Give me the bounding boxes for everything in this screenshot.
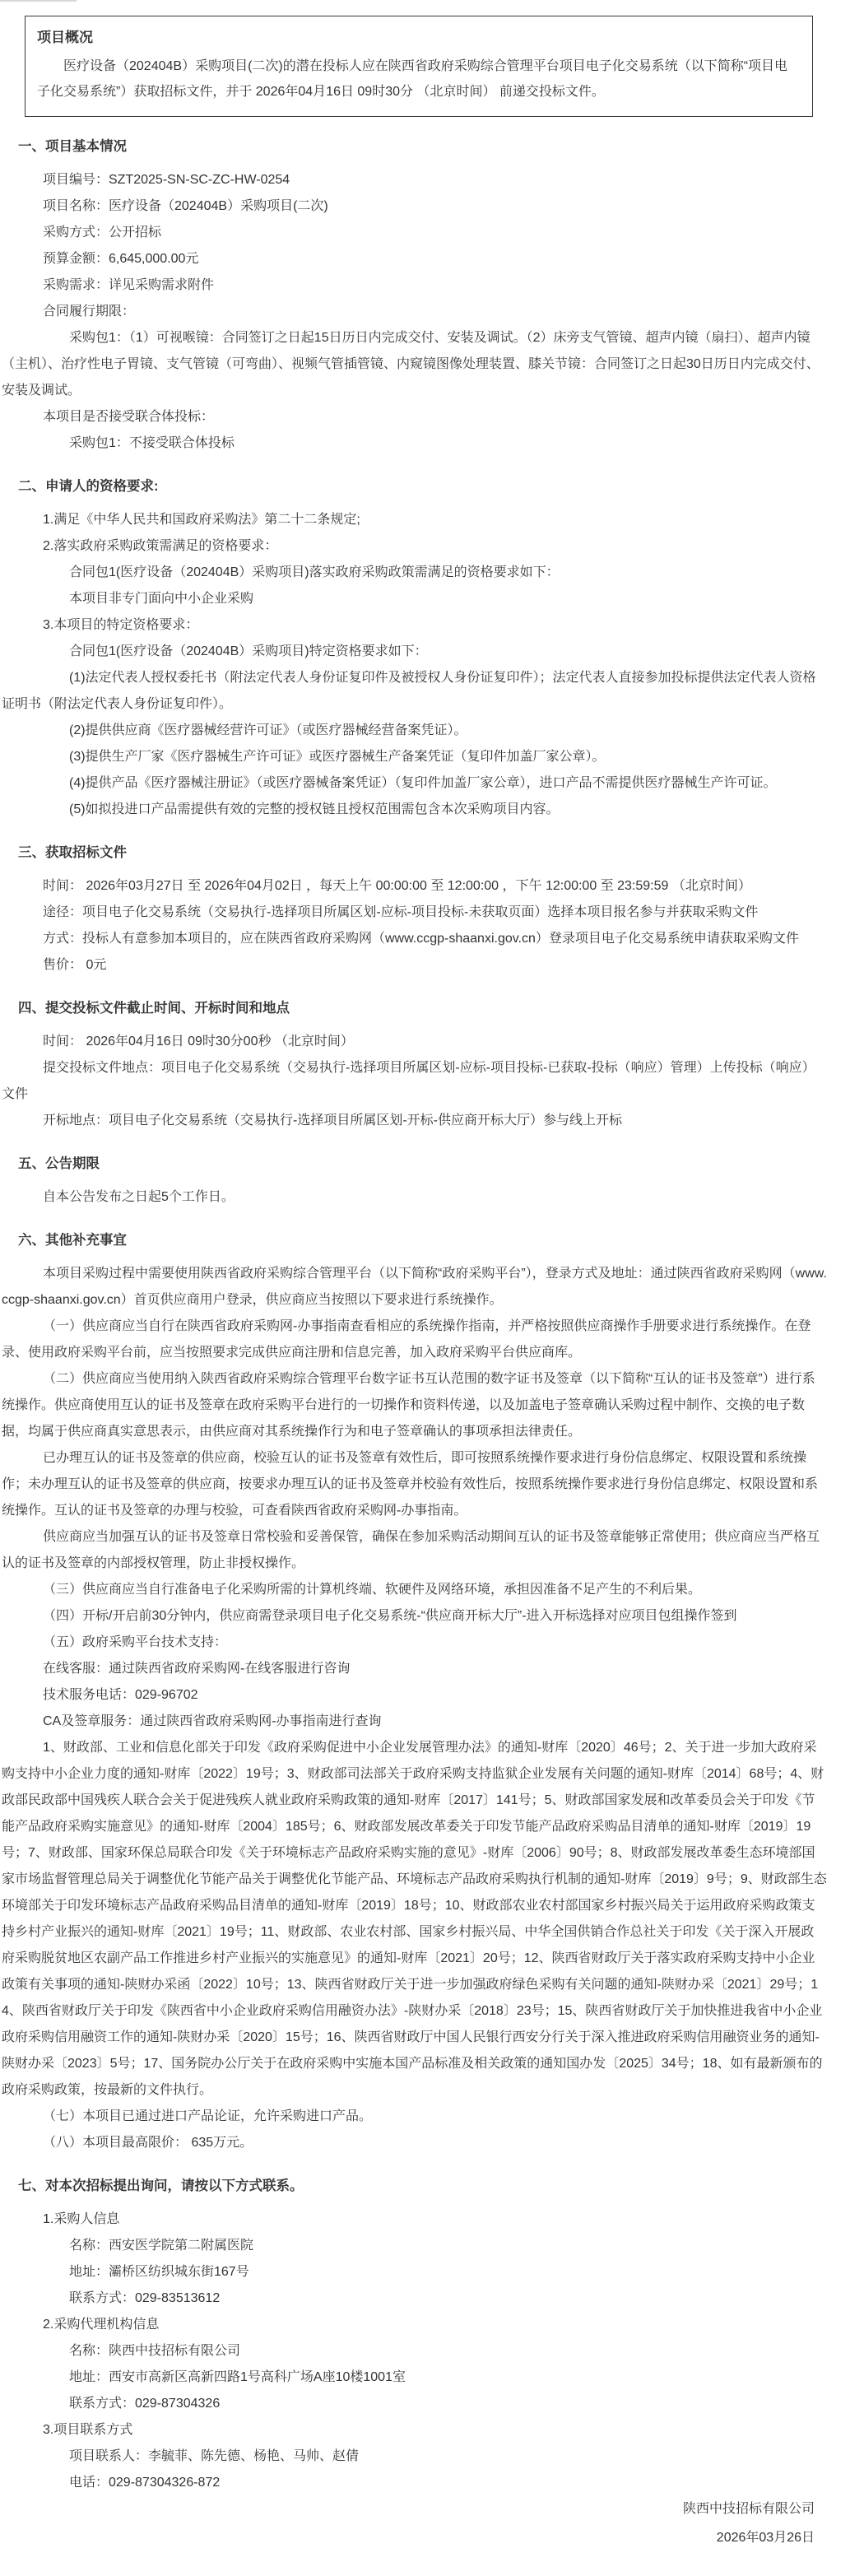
section-heading: 四、提交投标文件截止时间、开标时间和地点 (18, 995, 827, 1021)
doc-paragraph: 2.采购代理机构信息 (2, 2312, 827, 2338)
doc-paragraph: 自本公告发布之日起5个工作日。 (2, 1184, 827, 1211)
doc-paragraph: 项目联系人：李毓菲、陈先德、杨艳、马帅、赵倩 (2, 2443, 827, 2470)
doc-paragraph: 项目编号：SZT2025-SN-SC-ZC-HW-0254 (2, 167, 827, 193)
section-heading: 六、其他补充事宜 (18, 1227, 827, 1253)
doc-paragraph: (1)法定代表人授权委托书（附法定代表人身份证复印件及被授权人身份证复印件）；法… (2, 665, 827, 718)
doc-paragraph: 合同履行期限： (2, 299, 827, 325)
doc-paragraph: CA及签章服务：通过陕西省政府采购网-办事指南进行查询 (2, 1709, 827, 1735)
doc-paragraph: 1.满足《中华人民共和国政府采购法》第二十二条规定; (2, 507, 827, 533)
doc-paragraph: 地址：灞桥区纺织城东街167号 (2, 2259, 827, 2285)
doc-paragraph: （五）政府采购平台技术支持： (2, 1630, 827, 1656)
doc-paragraph: 采购包1：不接受联合体投标 (2, 430, 827, 457)
doc-paragraph: 1、财政部、工业和信息化部关于印发《政府采购促进中小企业发展管理办法》的通知-财… (2, 1735, 827, 2104)
doc-paragraph: 电话：029-87304326-872 (2, 2470, 827, 2496)
doc-paragraph: 项目名称：医疗设备（202404B）采购项目(二次) (2, 193, 827, 220)
doc-paragraph: 联系方式：029-87304326 (2, 2391, 827, 2417)
doc-paragraph: 已办理互认的证书及签章的供应商，校验互认的证书及签章有效性后，即可按照系统操作要… (2, 1445, 827, 1524)
doc-paragraph: （四）开标/开启前30分钟内，供应商需登录项目电子化交易系统-“供应商开标大厅”… (2, 1603, 827, 1630)
doc-paragraph: 地址：西安市高新区高新四路1号高科广场A座10楼1001室 (2, 2364, 827, 2391)
project-overview-box: 项目概况 医疗设备（202404B）采购项目(二次)的潜在投标人应在陕西省政府采… (25, 16, 813, 117)
doc-paragraph: 合同包1(医疗设备（202404B）采购项目)落实政府采购政策需满足的资格要求如… (2, 560, 827, 586)
footer-date: 2026年03月26日 (2, 2525, 827, 2551)
doc-paragraph: 3.本项目的特定资格要求： (2, 612, 827, 639)
doc-paragraph: 时间： 2026年03月27日 至 2026年04月02日 ，每天上午 00:0… (2, 873, 827, 900)
doc-paragraph: 开标地点：项目电子化交易系统（交易执行-选择项目所属区划-开标-供应商开标大厅）… (2, 1108, 827, 1134)
section-heading: 二、申请人的资格要求: (18, 473, 827, 500)
doc-paragraph: 售价： 0元 (2, 952, 827, 979)
overview-title: 项目概况 (37, 26, 801, 50)
section-heading: 一、项目基本情况 (18, 133, 827, 160)
doc-paragraph: 采购需求：详见采购需求附件 (2, 272, 827, 299)
doc-paragraph: 名称：西安医学院第二附属医院 (2, 2233, 827, 2259)
doc-paragraph: （七）本项目已通过进口产品论证，允许采购进口产品。 (2, 2104, 827, 2130)
doc-paragraph: 3.项目联系方式 (2, 2417, 827, 2443)
doc-paragraph: （二）供应商应当使用纳入陕西省政府采购综合管理平台数字证书互认范围的数字证书及签… (2, 1366, 827, 1445)
doc-paragraph: (2)提供供应商《医疗器械经营许可证》（或医疗器械经营备案凭证）。 (2, 718, 827, 744)
doc-paragraph: 2.落实政府采购政策需满足的资格要求： (2, 533, 827, 560)
section-heading: 三、获取招标文件 (18, 839, 827, 866)
footer-agency-name: 陕西中技招标有限公司 (2, 2496, 827, 2523)
section-heading: 七、对本次招标提出询问，请按以下方式联系。 (18, 2173, 827, 2199)
doc-paragraph: （三）供应商应当自行准备电子化采购所需的计算机终端、软硬件及网络环境，承担因准备… (2, 1577, 827, 1603)
doc-paragraph: 提交投标文件地点：项目电子化交易系统（交易执行-选择项目所属区划-应标-项目投标… (2, 1055, 827, 1108)
doc-paragraph: 本项目是否接受联合体投标： (2, 404, 827, 430)
doc-paragraph: 本项目采购过程中需要使用陕西省政府采购综合管理平台（以下简称“政府采购平台”），… (2, 1261, 827, 1314)
doc-paragraph: 方式：投标人有意参加本项目的，应在陕西省政府采购网（www.ccgp-shaan… (2, 926, 827, 952)
doc-paragraph: 预算金额：6,645,000.00元 (2, 246, 827, 272)
doc-paragraph: 联系方式：029-83513612 (2, 2285, 827, 2312)
doc-paragraph: 采购包1：（1）可视喉镜：合同签订之日起15日历日内完成交付、安装及调试。（2）… (2, 325, 827, 404)
doc-paragraph: 名称：陕西中技招标有限公司 (2, 2338, 827, 2364)
doc-paragraph: 途径：项目电子化交易系统（交易执行-选择项目所属区划-应标-项目投标-未获取页面… (2, 900, 827, 926)
overview-body: 医疗设备（202404B）采购项目(二次)的潜在投标人应在陕西省政府采购综合管理… (37, 53, 801, 105)
doc-paragraph: 采购方式：公开招标 (2, 220, 827, 246)
doc-paragraph: 技术服务电话：029-96702 (2, 1682, 827, 1709)
document-body: 一、项目基本情况项目编号：SZT2025-SN-SC-ZC-HW-0254项目名… (2, 133, 827, 2496)
section-heading: 五、公告期限 (18, 1151, 827, 1177)
doc-paragraph: 本项目非专门面向中小企业采购 (2, 586, 827, 612)
cutoff-element-top-left (0, 0, 77, 2)
doc-paragraph: (3)提供生产厂家《医疗器械生产许可证》或医疗器械生产备案凭证（复印件加盖厂家公… (2, 744, 827, 770)
document-footer: 陕西中技招标有限公司 2026年03月26日 (2, 2496, 827, 2551)
document-page: 项目概况 医疗设备（202404B）采购项目(二次)的潜在投标人应在陕西省政府采… (0, 0, 850, 2576)
doc-paragraph: 1.采购人信息 (2, 2206, 827, 2233)
doc-paragraph: 合同包1(医疗设备（202404B）采购项目)特定资格要求如下： (2, 639, 827, 665)
doc-paragraph: （一）供应商应当自行在陕西省政府采购网-办事指南查看相应的系统操作指南，并严格按… (2, 1314, 827, 1366)
doc-paragraph: （八）本项目最高限价： 635万元。 (2, 2130, 827, 2156)
doc-paragraph: (4)提供产品《医疗器械注册证》（或医疗器械备案凭证）（复印件加盖厂家公章），进… (2, 770, 827, 797)
doc-paragraph: 在线客服：通过陕西省政府采购网-在线客服进行咨询 (2, 1656, 827, 1682)
doc-paragraph: (5)如拟投进口产品需提供有效的完整的授权链且授权范围需包含本次采购项目内容。 (2, 797, 827, 823)
doc-paragraph: 时间： 2026年04月16日 09时30分00秒 （北京时间） (2, 1029, 827, 1055)
doc-paragraph: 供应商应当加强互认的证书及签章日常校验和妥善保管，确保在参加采购活动期间互认的证… (2, 1524, 827, 1577)
